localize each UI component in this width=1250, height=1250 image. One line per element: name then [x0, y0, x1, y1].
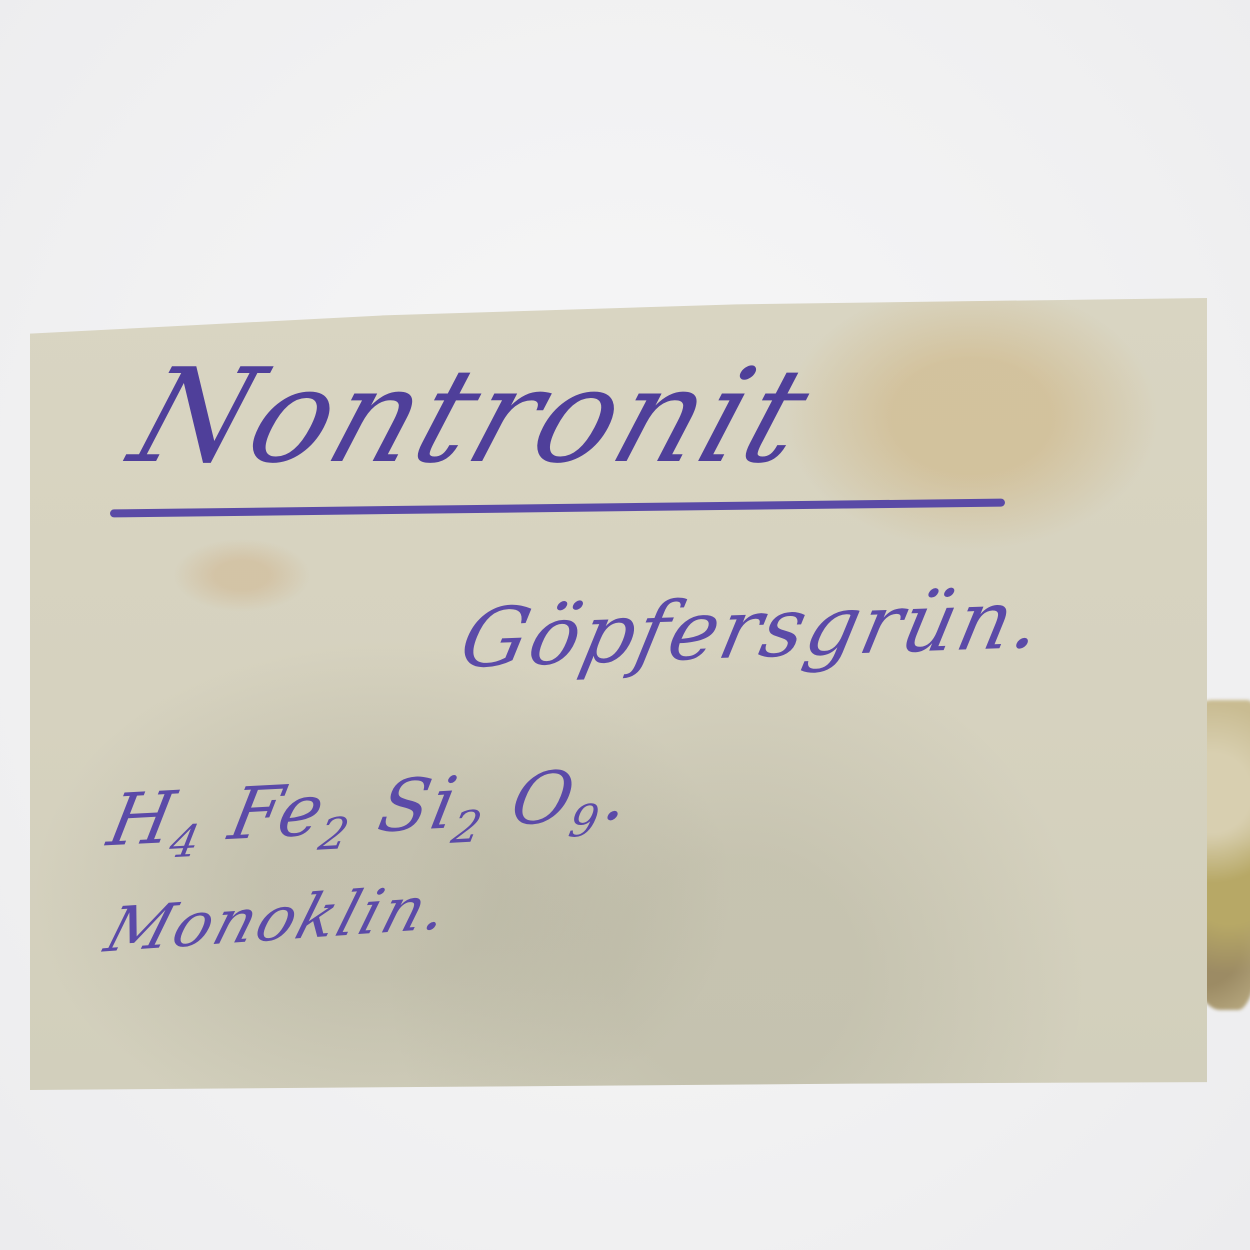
- formula-element: Fe: [223, 767, 333, 856]
- mineral-name: Nontronit: [115, 340, 828, 492]
